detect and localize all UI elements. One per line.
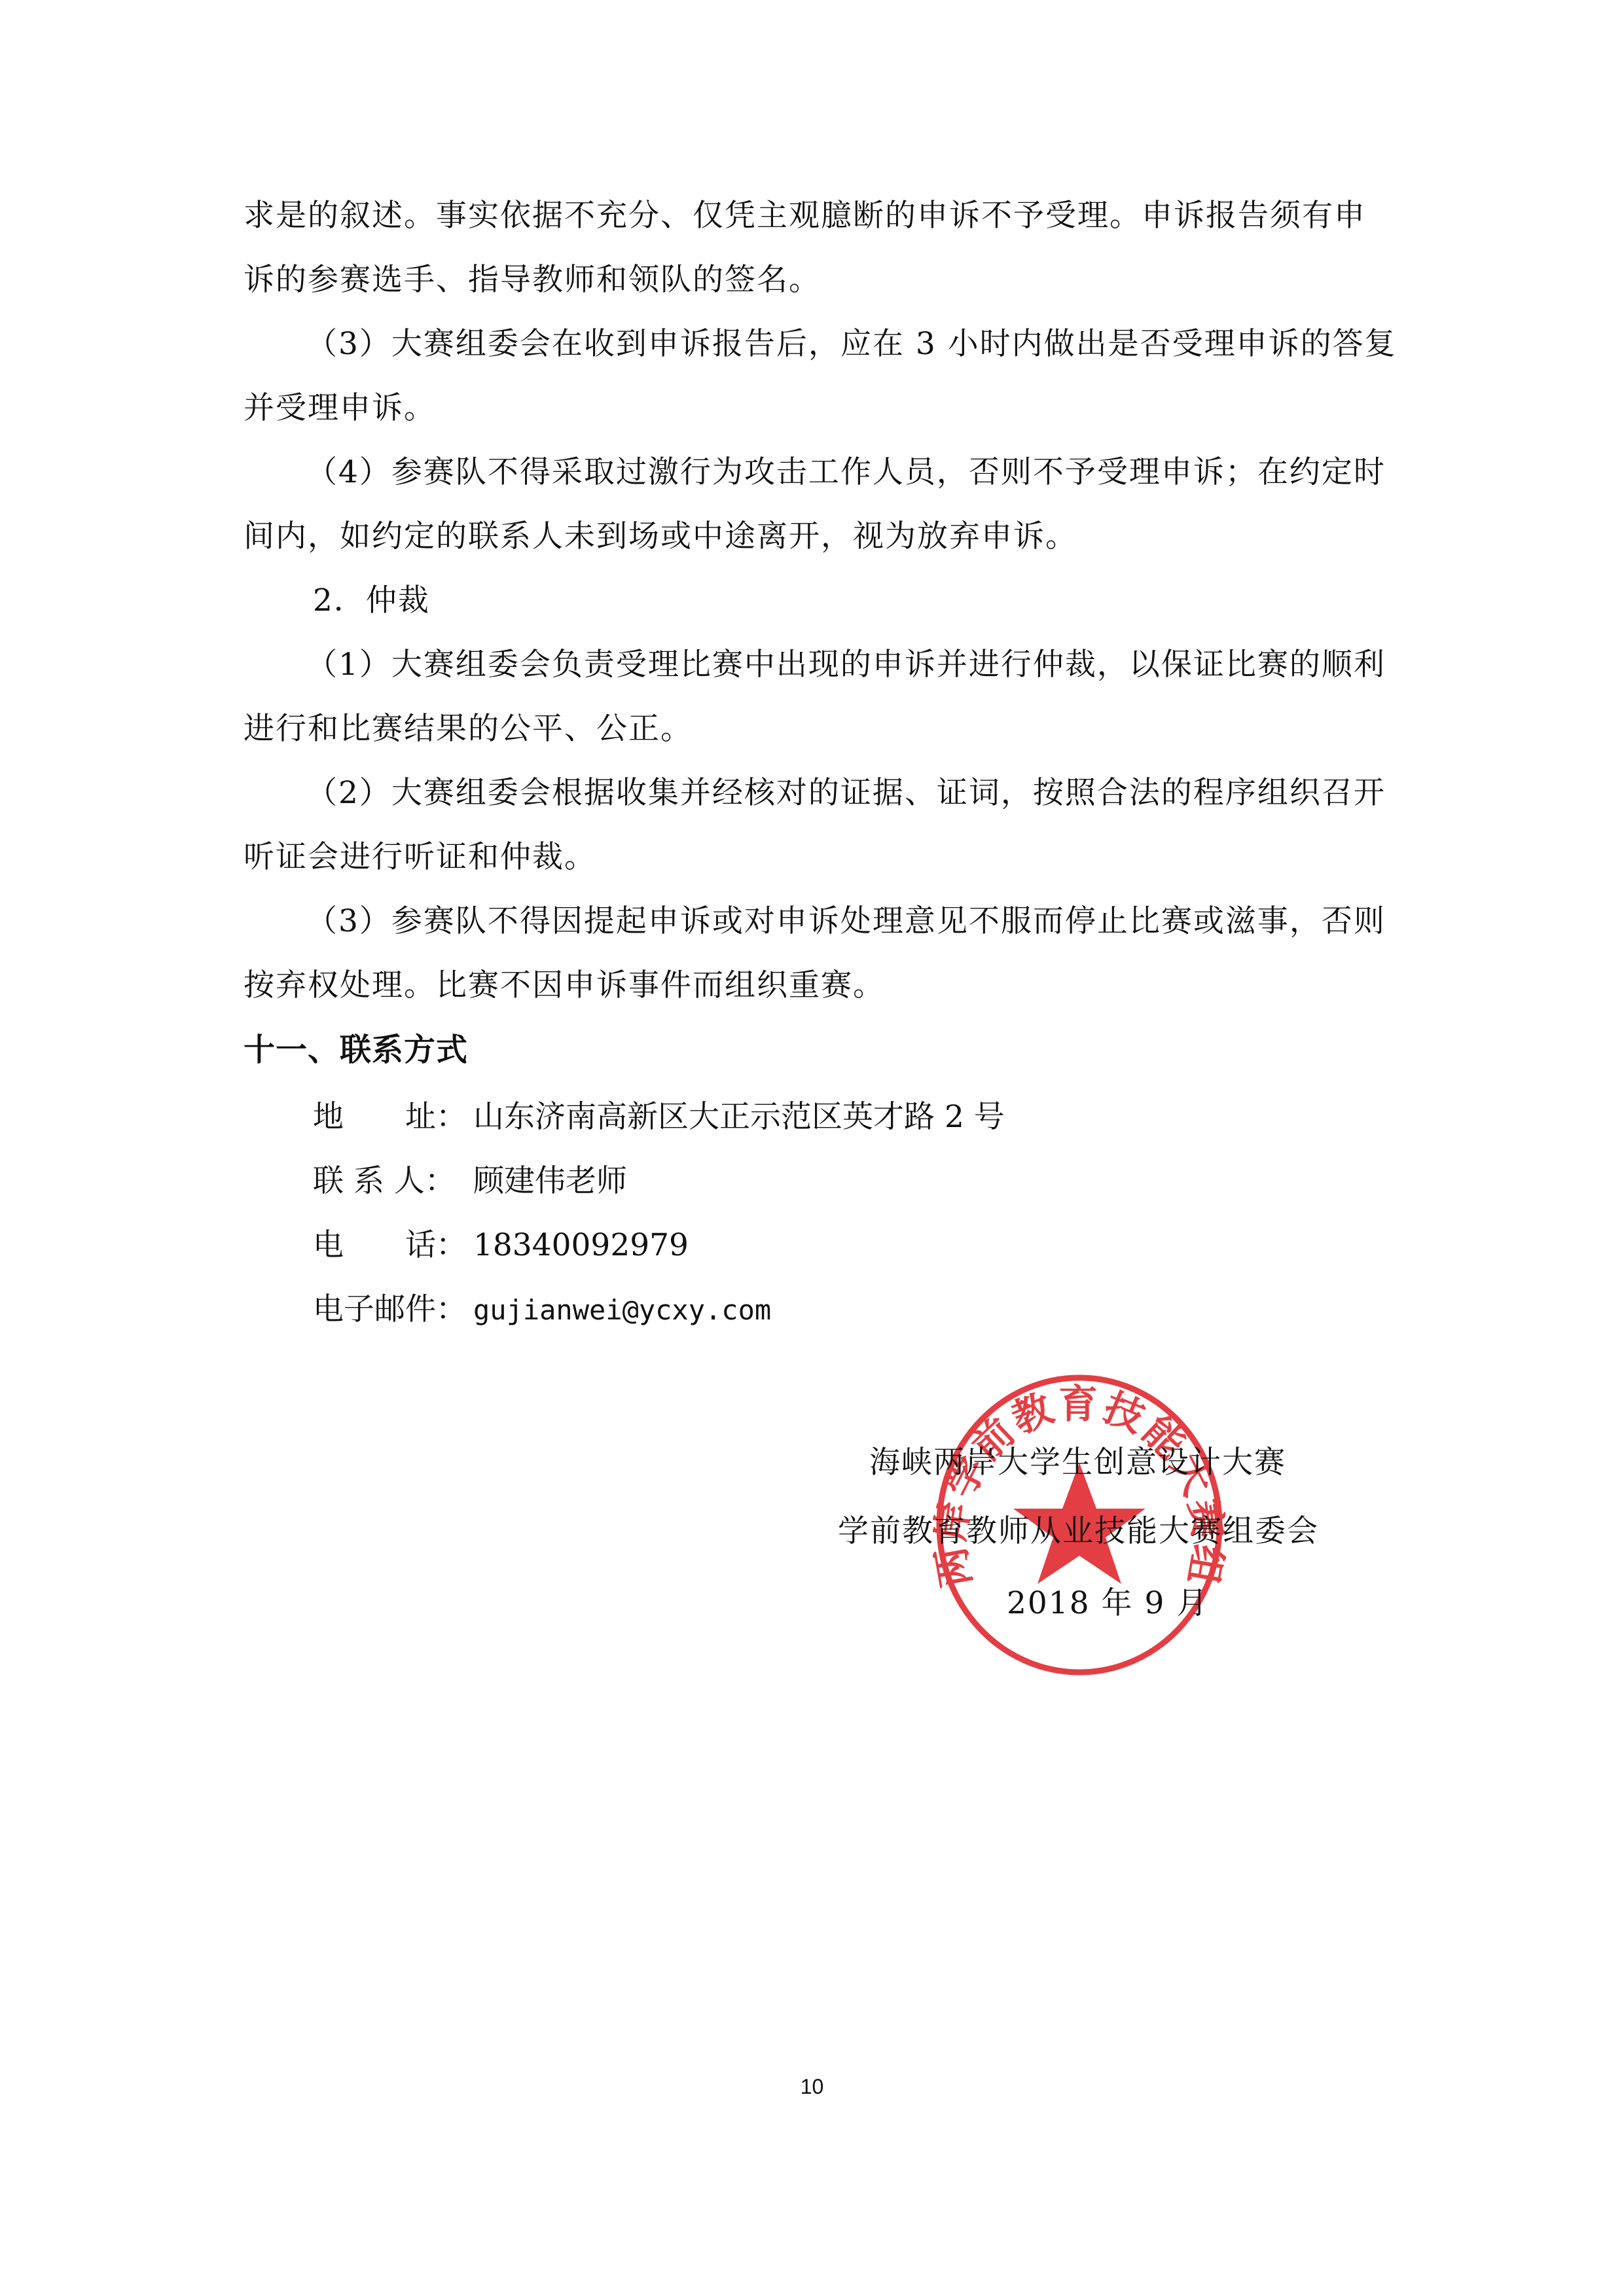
paragraph-2-line-2: 并受理申诉。 [244, 389, 436, 428]
address-label: 地 址： [313, 1098, 473, 1137]
contact-email-row: 电子邮件：gujianwei@ycxy.com [313, 1290, 771, 1330]
person-value: 顾建伟老师 [473, 1163, 627, 1199]
paragraph-3-line-1: （4）参赛队不得采取过激行为攻击工作人员，否则不予受理申诉；在约定时 [306, 453, 1386, 492]
section-heading-contact: 十一、联系方式 [244, 1030, 468, 1069]
address-value: 山东济南高新区大正示范区英才路 2 号 [473, 1099, 1005, 1135]
paragraph-1-line-2: 诉的参赛选手、指导教师和领队的签名。 [244, 260, 821, 300]
subsection-arbitration: 2．仲裁 [313, 581, 430, 620]
page-number: 10 [0, 2075, 1624, 2099]
signature-line-2: 学前教育教师从业技能大赛组委会 [838, 1512, 1319, 1551]
signature-line-1: 海峡两岸大学生创意设计大赛 [869, 1443, 1286, 1482]
paragraph-4-line-2: 进行和比赛结果的公平、公正。 [244, 709, 693, 749]
paragraph-1-line-1: 求是的叙述。事实依据不充分、仅凭主观臆断的申诉不予受理。申诉报告须有申 [244, 196, 1366, 236]
paragraph-4-line-1: （1）大赛组委会负责受理比赛中出现的申诉并进行仲裁，以保证比赛的顺利 [306, 645, 1386, 685]
contact-address-row: 地 址：山东济南高新区大正示范区英才路 2 号 [313, 1098, 1005, 1137]
paragraph-6-line-1: （3）参赛队不得因提起申诉或对申诉处理意见不服而停止比赛或滋事，否则 [306, 902, 1386, 941]
contact-phone-row: 电 话：18340092979 [313, 1226, 689, 1265]
paragraph-5-line-1: （2）大赛组委会根据收集并经核对的证据、证词，按照合法的程序组织召开 [306, 774, 1386, 813]
phone-value: 18340092979 [473, 1227, 689, 1263]
person-label: 联 系 人： [313, 1162, 473, 1201]
phone-label: 电 话： [313, 1226, 473, 1265]
paragraph-3-line-2: 间内，如约定的联系人未到场或中途离开，视为放弃申诉。 [244, 517, 1077, 556]
email-label: 电子邮件： [313, 1290, 473, 1329]
paragraph-2-line-1: （3）大赛组委会在收到申诉报告后，应在 3 小时内做出是否受理申诉的答复 [306, 325, 1397, 364]
paragraph-6-line-2: 按弃权处理。比赛不因申诉事件而组织重赛。 [244, 966, 885, 1005]
signature-date: 2018 年 9 月 [1007, 1584, 1208, 1623]
paragraph-5-line-2: 听证会进行听证和仲裁。 [244, 838, 596, 877]
email-value: gujianwei@ycxy.com [473, 1294, 771, 1326]
contact-person-row: 联 系 人：顾建伟老师 [313, 1162, 627, 1201]
